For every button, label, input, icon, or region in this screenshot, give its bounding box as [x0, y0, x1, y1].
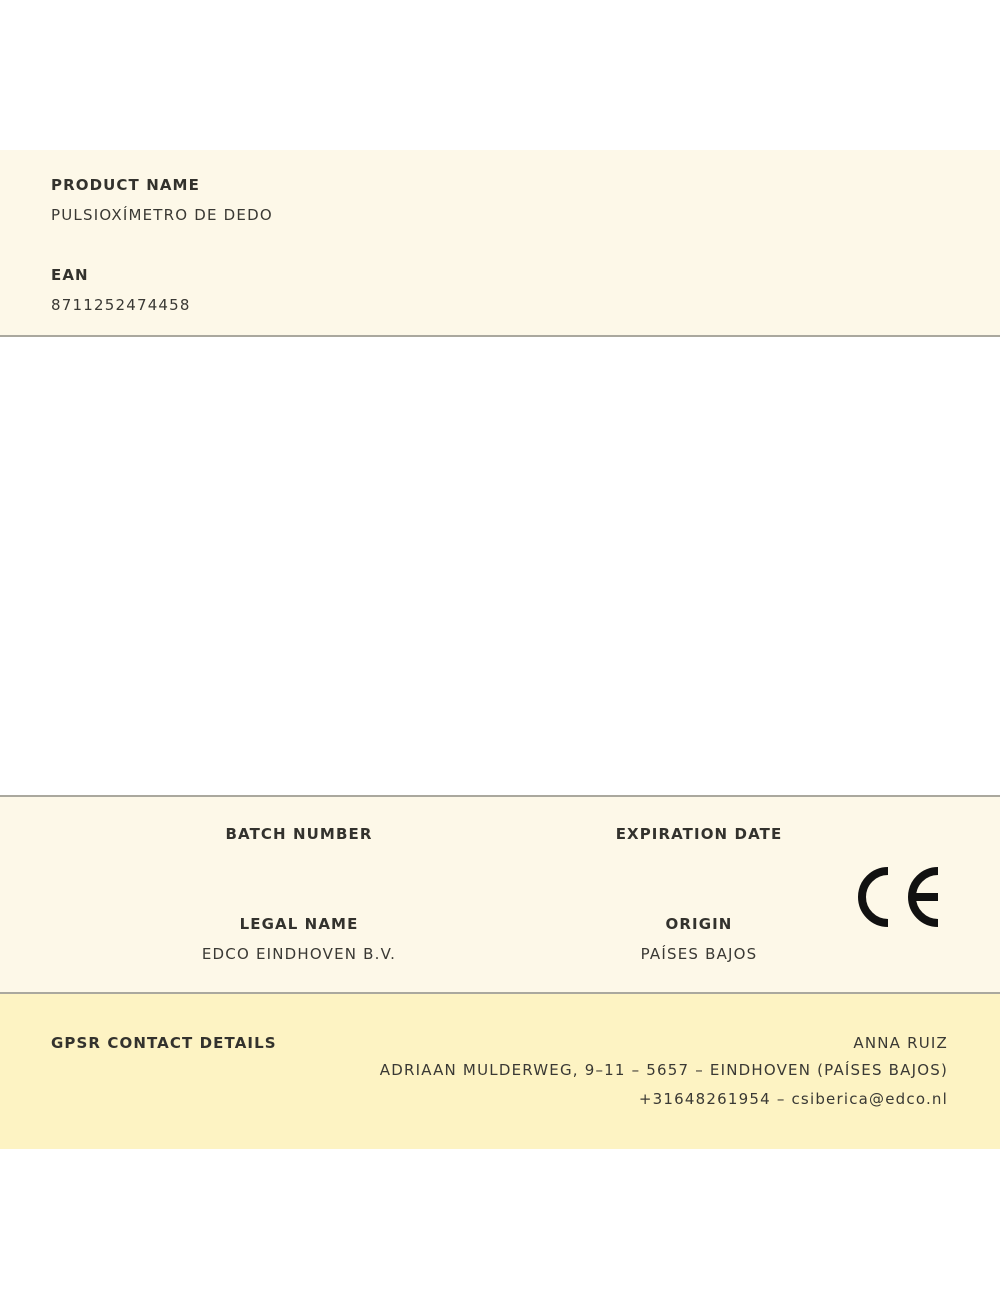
- gpsr-contact-label: GPSR CONTACT DETAILS: [51, 1034, 277, 1052]
- legal-name-label: LEGAL NAME: [240, 915, 359, 933]
- legal-name-value: EDCO EINDHOVEN B.V.: [202, 945, 396, 963]
- contact-address: ADRIAAN MULDERWEG, 9–11 – 5657 – EINDHOV…: [380, 1061, 948, 1079]
- product-name-value: PULSIOXÍMETRO DE DEDO: [51, 206, 273, 224]
- gpsr-contact-section: GPSR CONTACT DETAILS ANNA RUIZ ADRIAAN M…: [0, 994, 1000, 1149]
- expiration-date-label: EXPIRATION DATE: [616, 825, 783, 843]
- ean-value: 8711252474458: [51, 296, 191, 314]
- ean-label: EAN: [51, 266, 89, 284]
- contact-phone-email[interactable]: +31648261954 – csiberica@edco.nl: [639, 1090, 948, 1108]
- product-name-label: PRODUCT NAME: [51, 176, 200, 194]
- contact-name: ANNA RUIZ: [853, 1034, 948, 1052]
- product-info-section: PRODUCT NAME PULSIOXÍMETRO DE DEDO EAN 8…: [0, 150, 1000, 337]
- ce-mark-icon: [858, 867, 942, 927]
- origin-value: PAÍSES BAJOS: [641, 945, 758, 963]
- lot-info-section: BATCH NUMBER EXPIRATION DATE LEGAL NAME …: [0, 795, 1000, 994]
- batch-number-label: BATCH NUMBER: [226, 825, 373, 843]
- origin-label: ORIGIN: [666, 915, 733, 933]
